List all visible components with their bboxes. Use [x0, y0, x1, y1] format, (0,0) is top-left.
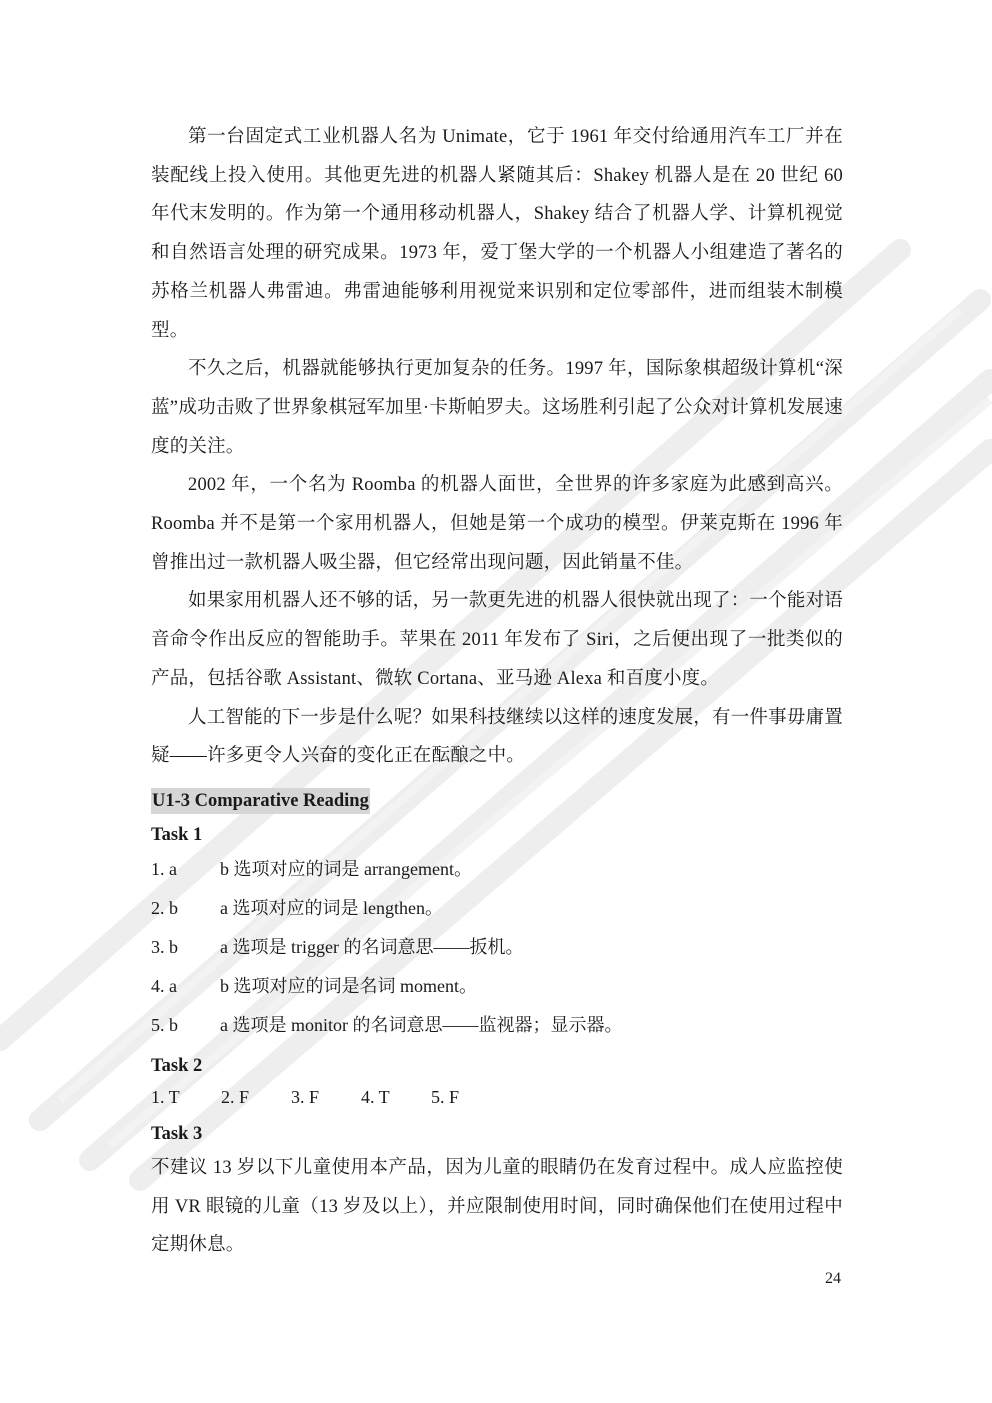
page-number: 24 — [825, 1270, 841, 1288]
answer-number: 4. a — [151, 967, 220, 1006]
answer-text: a 选项是 monitor 的名词意思——监视器；显示器。 — [220, 1006, 623, 1045]
document-page: 第一台固定式工业机器人名为 Unimate，它于 1961 年交付给通用汽车工厂… — [151, 118, 843, 1265]
answer-number: 2. b — [151, 889, 220, 928]
task1-answer: 4. a b 选项对应的词是名词 moment。 — [151, 967, 843, 1006]
task2-answer: 3. F — [291, 1081, 361, 1113]
answer-text: b 选项对应的词是 arrangement。 — [220, 850, 472, 889]
task2-answer-list: 1. T 2. F 3. F 4. T 5. F — [151, 1081, 843, 1113]
answer-text: a 选项是 trigger 的名词意思——扳机。 — [220, 928, 523, 967]
answer-text: a 选项对应的词是 lengthen。 — [220, 889, 443, 928]
task1-answer: 1. a b 选项对应的词是 arrangement。 — [151, 850, 843, 889]
paragraph-deep-blue: 不久之后，机器就能够执行更加复杂的任务。1997 年，国际象棋超级计算机“深蓝”… — [151, 350, 843, 466]
task2-answer: 4. T — [361, 1081, 431, 1113]
task1-title: Task 1 — [151, 820, 843, 850]
task1-answer-list: 1. a b 选项对应的词是 arrangement。 2. b a 选项对应的… — [151, 850, 843, 1045]
answer-number: 5. b — [151, 1006, 220, 1045]
task2-answer: 5. F — [431, 1081, 501, 1113]
paragraph-roomba: 2002 年，一个名为 Roomba 的机器人面世，全世界的许多家庭为此感到高兴… — [151, 466, 843, 582]
section-heading: U1-3 Comparative Reading — [151, 788, 370, 814]
task3-answer-text: 不建议 13 岁以下儿童使用本产品，因为儿童的眼睛仍在发育过程中。成人应监控使用… — [151, 1149, 843, 1265]
paragraph-siri: 如果家用机器人还不够的话，另一款更先进的机器人很快就出现了：一个能对语音命令作出… — [151, 582, 843, 698]
task1-answer: 3. b a 选项是 trigger 的名词意思——扳机。 — [151, 928, 843, 967]
task2-answer: 2. F — [221, 1081, 291, 1113]
task2-answer: 1. T — [151, 1081, 221, 1113]
answer-number: 1. a — [151, 850, 220, 889]
answer-text: b 选项对应的词是名词 moment。 — [220, 967, 477, 1006]
paragraph-next-step: 人工智能的下一步是什么呢？如果科技继续以这样的速度发展，有一件事毋庸置疑——许多… — [151, 699, 843, 776]
paragraph-unimate: 第一台固定式工业机器人名为 Unimate，它于 1961 年交付给通用汽车工厂… — [151, 118, 843, 350]
task1-answer: 5. b a 选项是 monitor 的名词意思——监视器；显示器。 — [151, 1006, 843, 1045]
task3-title: Task 3 — [151, 1119, 843, 1149]
task2-title: Task 2 — [151, 1051, 843, 1081]
answer-number: 3. b — [151, 928, 220, 967]
task1-answer: 2. b a 选项对应的词是 lengthen。 — [151, 889, 843, 928]
